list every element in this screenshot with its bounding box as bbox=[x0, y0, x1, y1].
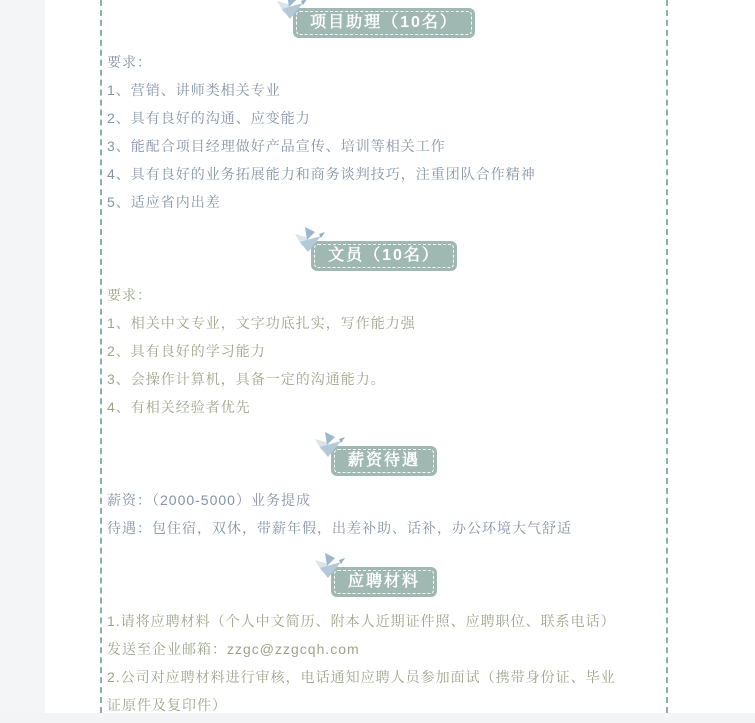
job1-title-badge: 项目助理（10名） bbox=[293, 8, 475, 38]
job1-requirements: 要求： 1、营销、讲师类相关专业 2、具有良好的沟通、应变能力 3、能配合项目经… bbox=[107, 48, 661, 216]
application-details: 1.请将应聘材料（个人中文简历、附本人近期证件照、应聘职位、联系电话） 发送至企… bbox=[107, 607, 661, 719]
job2-title: 文员（10名） bbox=[314, 244, 454, 268]
paper-crane-icon bbox=[314, 553, 346, 581]
application-line: 2.公司对应聘材料进行审核，电话通知应聘人员参加面试（携带身份证、毕业 bbox=[107, 663, 661, 691]
application-title-badge: 应聘材料 bbox=[331, 567, 437, 597]
job1-title: 项目助理（10名） bbox=[296, 11, 472, 35]
application-title: 应聘材料 bbox=[334, 570, 434, 594]
job1-item: 1、营销、讲师类相关专业 bbox=[107, 76, 661, 104]
salary-details: 薪资：（2000-5000）业务提成 待遇：包住宿，双休，带薪年假，出差补助、话… bbox=[107, 486, 661, 542]
job1-item: 2、具有良好的沟通、应变能力 bbox=[107, 104, 661, 132]
paper-crane-icon bbox=[314, 432, 346, 460]
page-bottom-edge bbox=[0, 713, 755, 723]
paper-crane-icon bbox=[276, 0, 308, 22]
article-page: 项目助理（10名） 要求： 1、营销、讲师类相关专业 2、具有良好的沟通、应变能… bbox=[0, 0, 755, 723]
job1-badge-row: 项目助理（10名） bbox=[107, 8, 661, 38]
job2-item: 2、具有良好的学习能力 bbox=[107, 337, 661, 365]
application-email-line: 发送至企业邮箱：zzgc@zzgcqh.com bbox=[107, 635, 661, 663]
page-left-gutter bbox=[0, 0, 45, 723]
job2-item: 3、会操作计算机，具备一定的沟通能力。 bbox=[107, 365, 661, 393]
job1-item: 4、具有良好的业务拓展能力和商务谈判技巧，注重团队合作精神 bbox=[107, 160, 661, 188]
salary-title-badge: 薪资待遇 bbox=[331, 446, 437, 476]
job1-item: 5、适应省内出差 bbox=[107, 188, 661, 216]
job2-item: 4、有相关经验者优先 bbox=[107, 393, 661, 421]
job2-requirements: 要求： 1、相关中文专业，文字功底扎实，写作能力强 2、具有良好的学习能力 3、… bbox=[107, 281, 661, 421]
job1-require-label: 要求： bbox=[107, 48, 661, 76]
application-badge-row: 应聘材料 bbox=[107, 567, 661, 597]
benefits-line: 待遇：包住宿，双休，带薪年假，出差补助、话补，办公环境大气舒适 bbox=[107, 514, 661, 542]
salary-badge-row: 薪资待遇 bbox=[107, 446, 661, 476]
job2-item: 1、相关中文专业，文字功底扎实，写作能力强 bbox=[107, 309, 661, 337]
dashed-content-frame: 项目助理（10名） 要求： 1、营销、讲师类相关专业 2、具有良好的沟通、应变能… bbox=[100, 0, 668, 713]
job1-item: 3、能配合项目经理做好产品宣传、培训等相关工作 bbox=[107, 132, 661, 160]
paper-crane-icon bbox=[294, 227, 326, 255]
salary-title: 薪资待遇 bbox=[334, 449, 434, 473]
application-line: 1.请将应聘材料（个人中文简历、附本人近期证件照、应聘职位、联系电话） bbox=[107, 607, 661, 635]
job2-badge-row: 文员（10名） bbox=[107, 241, 661, 271]
salary-line: 薪资：（2000-5000）业务提成 bbox=[107, 486, 661, 514]
job2-title-badge: 文员（10名） bbox=[311, 241, 457, 271]
job2-require-label: 要求： bbox=[107, 281, 661, 309]
